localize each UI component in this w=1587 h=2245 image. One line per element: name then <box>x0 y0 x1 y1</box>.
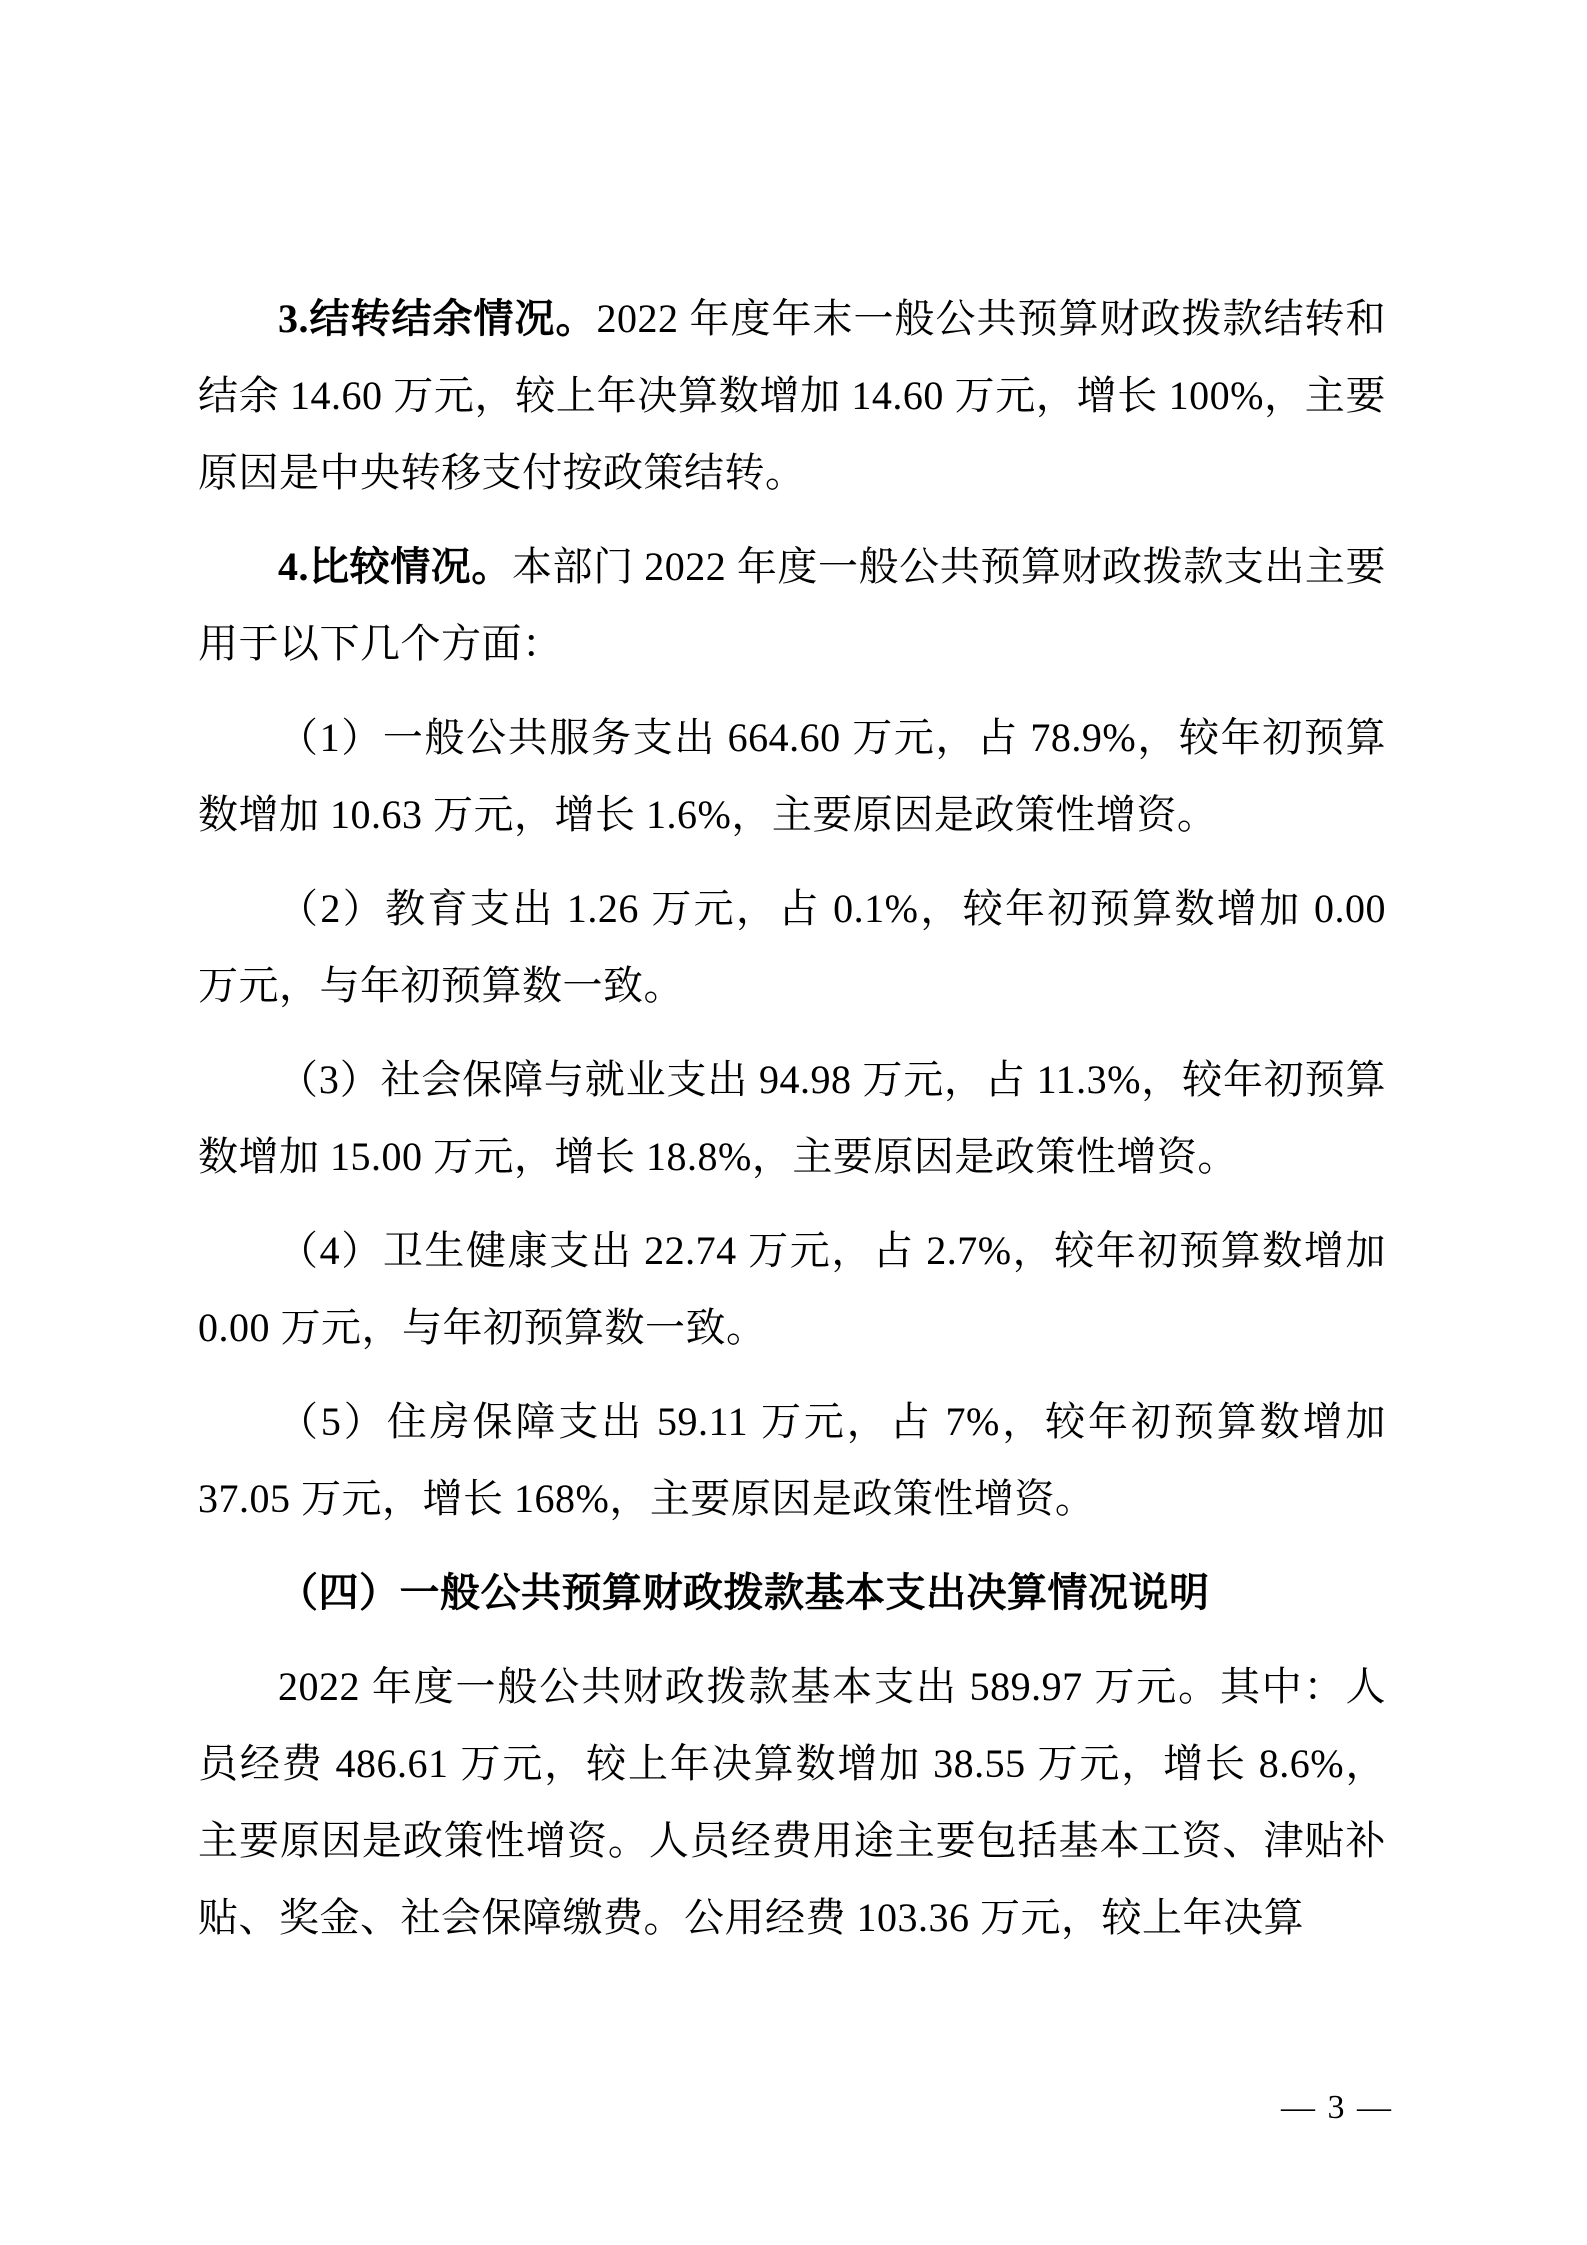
paragraph-item-4: （4）卫生健康支出 22.74 万元，占 2.7%，较年初预算数增加 0.00 … <box>198 1212 1386 1366</box>
paragraph-basic-expenditure: 2022 年度一般公共财政拨款基本支出 589.97 万元。其中：人员经费 48… <box>198 1648 1386 1956</box>
paragraph-carryover: 3.结转结余情况。2022 年度年末一般公共预算财政拨款结转和结余 14.60 … <box>198 280 1386 511</box>
paragraph-text: 2022 年度一般公共财政拨款基本支出 589.97 万元。其中：人员经费 48… <box>198 1664 1386 1940</box>
paragraph-text: （4）卫生健康支出 22.74 万元，占 2.7%，较年初预算数增加 0.00 … <box>198 1228 1386 1350</box>
paragraph-text: （2）教育支出 1.26 万元，占 0.1%，较年初预算数增加 0.00 万元，… <box>198 886 1386 1008</box>
document-page: 3.结转结余情况。2022 年度年末一般公共预算财政拨款结转和结余 14.60 … <box>0 0 1587 2245</box>
paragraph-lead: 4.比较情况。 <box>278 544 512 589</box>
paragraph-comparison: 4.比较情况。本部门 2022 年度一般公共预算财政拨款支出主要用于以下几个方面… <box>198 528 1386 682</box>
paragraph-item-2: （2）教育支出 1.26 万元，占 0.1%，较年初预算数增加 0.00 万元，… <box>198 870 1386 1024</box>
paragraph-text: （5）住房保障支出 59.11 万元，占 7%，较年初预算数增加 37.05 万… <box>198 1399 1386 1521</box>
document-body: 3.结转结余情况。2022 年度年末一般公共预算财政拨款结转和结余 14.60 … <box>198 280 1386 1956</box>
section-heading-text: （四）一般公共预算财政拨款基本支出决算情况说明 <box>278 1570 1210 1615</box>
paragraph-text: （1）一般公共服务支出 664.60 万元，占 78.9%，较年初预算数增加 1… <box>198 715 1386 837</box>
paragraph-item-3: （3）社会保障与就业支出 94.98 万元，占 11.3%，较年初预算数增加 1… <box>198 1041 1386 1195</box>
paragraph-lead: 3.结转结余情况。 <box>278 296 597 341</box>
page-number: — 3 — <box>1281 2086 1393 2130</box>
paragraph-item-5: （5）住房保障支出 59.11 万元，占 7%，较年初预算数增加 37.05 万… <box>198 1383 1386 1537</box>
paragraph-item-1: （1）一般公共服务支出 664.60 万元，占 78.9%，较年初预算数增加 1… <box>198 699 1386 853</box>
paragraph-text: （3）社会保障与就业支出 94.98 万元，占 11.3%，较年初预算数增加 1… <box>198 1057 1386 1179</box>
section-heading: （四）一般公共预算财政拨款基本支出决算情况说明 <box>198 1554 1386 1631</box>
